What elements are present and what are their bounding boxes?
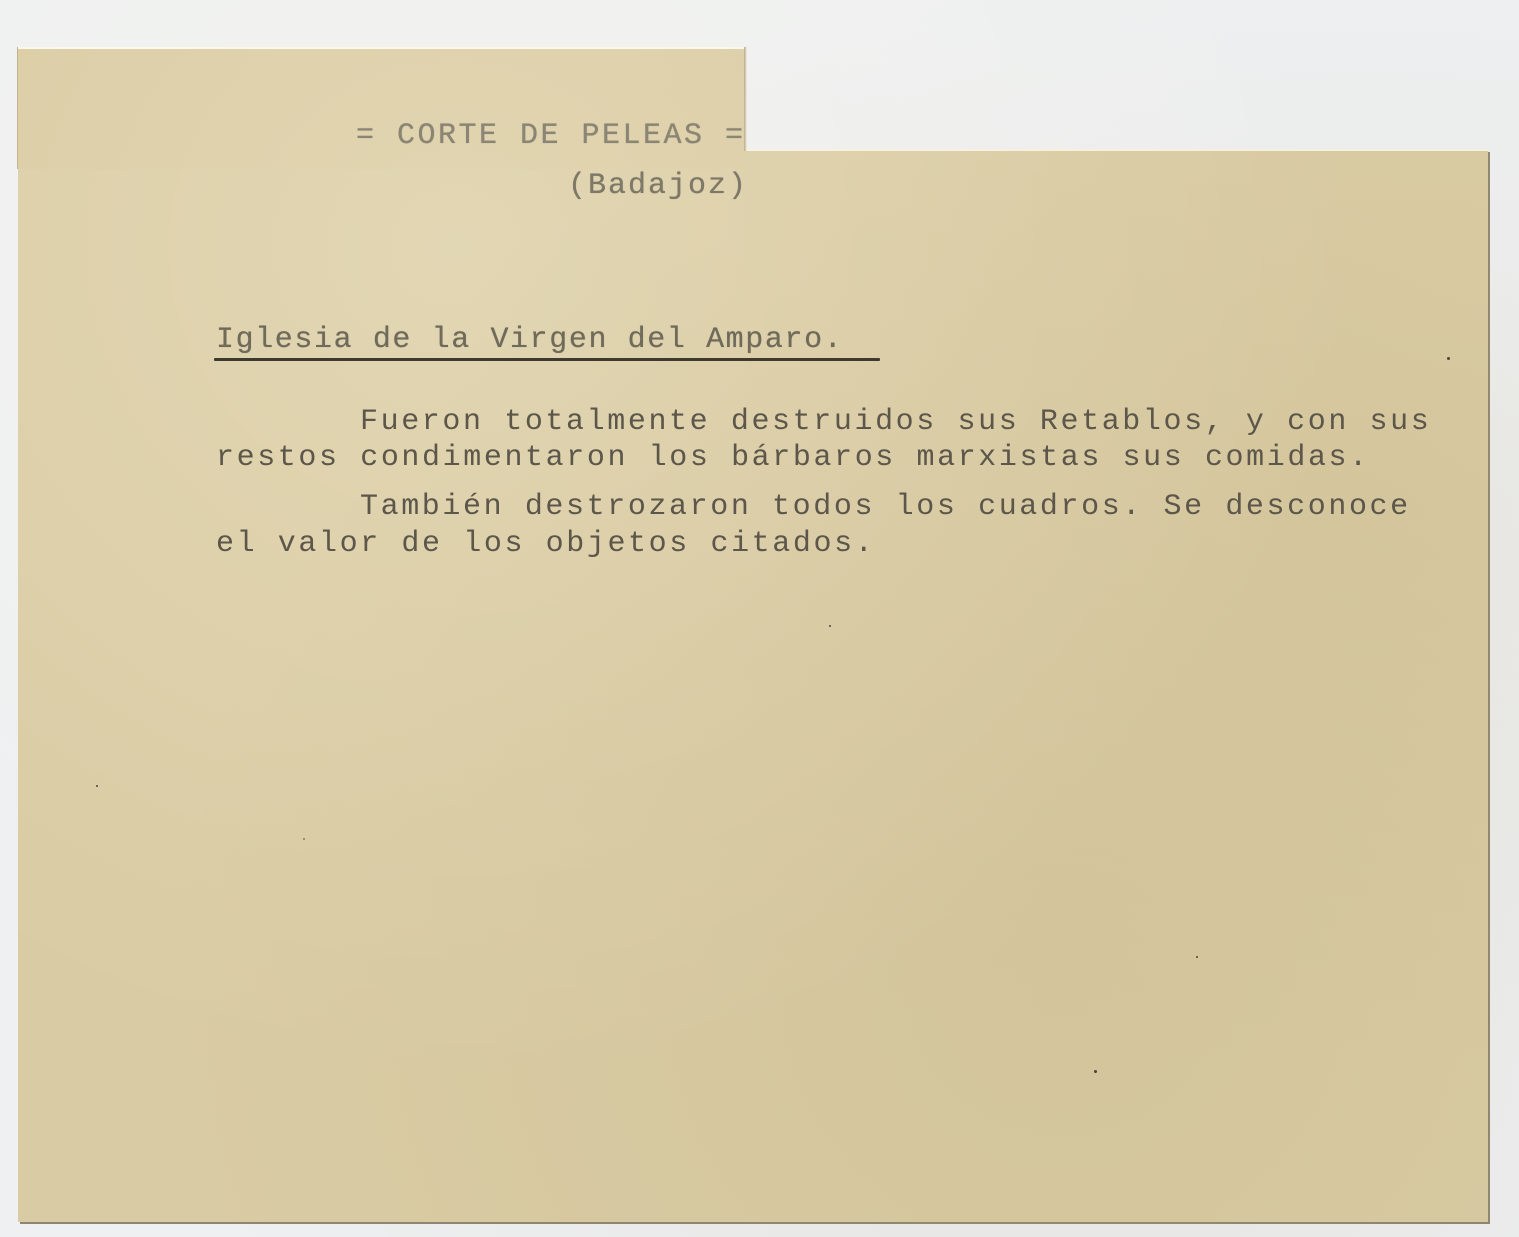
header-title: = CORTE DE PELEAS =	[356, 121, 746, 151]
header-subtitle: (Badajoz)	[568, 171, 748, 201]
paragraph-1-line-2: restos condimentaron los bárbaros marxis…	[216, 440, 1370, 476]
paper-speck	[1196, 956, 1198, 958]
index-card: = CORTE DE PELEAS = (Badajoz) Iglesia de…	[0, 0, 1519, 1237]
paper-speck	[303, 838, 305, 840]
heading-underline	[214, 358, 880, 361]
paragraph-2-line-1: También destrozaron todos los cuadros. S…	[360, 489, 1411, 525]
paper-speck	[1447, 357, 1450, 360]
paragraph-1-line-1: Fueron totalmente destruidos sus Retablo…	[360, 404, 1431, 440]
paper-speck	[829, 625, 831, 627]
paper-speck	[96, 785, 98, 787]
paragraph-2-line-2: el valor de los objetos citados.	[216, 526, 875, 562]
paper-speck	[1094, 1070, 1097, 1073]
card-paper-body	[18, 150, 1488, 1222]
card-body-top-edge	[746, 149, 1488, 151]
section-heading: Iglesia de la Virgen del Amparo.	[216, 325, 843, 355]
